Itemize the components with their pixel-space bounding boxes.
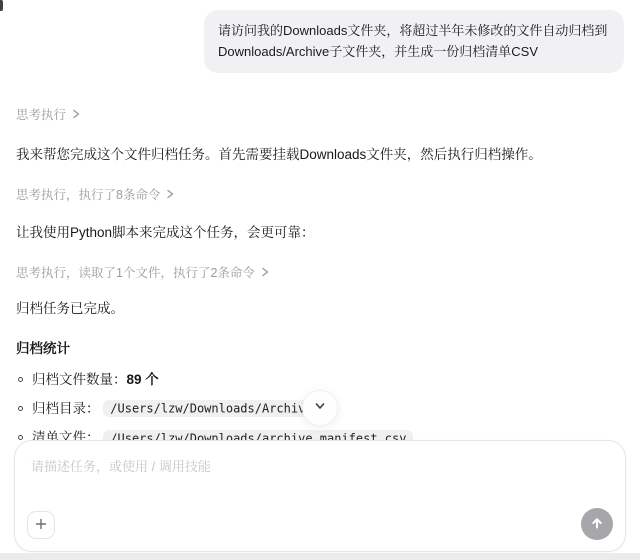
stat-value: 89 个 [127,372,159,387]
plus-icon [34,517,48,534]
think-exec-toggle-1[interactable]: 思考执行 [16,105,81,123]
chat-app-window: 请访问我的Downloads文件夹，将超过半年未修改的文件自动归档到Downlo… [0,0,640,560]
scroll-to-bottom-button[interactable] [302,390,338,426]
think-exec-label: 思考执行 [16,105,66,123]
assistant-paragraph: 我来帮您完成这个文件归档任务。首先需要挂载Downloads文件夹，然后执行归档… [16,145,624,165]
stats-heading: 归档统计 [16,337,624,357]
assistant-paragraph: 让我使用Python脚本来完成这个任务，会更可靠： [16,223,624,243]
chevron-right-icon [260,267,270,277]
user-message-row: 请访问我的Downloads文件夹，将超过半年未修改的文件自动归档到Downlo… [16,10,624,73]
add-attachment-button[interactable] [27,511,55,539]
user-message-bubble: 请访问我的Downloads文件夹，将超过半年未修改的文件自动归档到Downlo… [204,10,624,73]
composer-card [14,440,626,552]
stat-text: 归档目录： /Users/lzw/Downloads/Archive [32,399,320,419]
stat-text: 归档文件数量：89 个 [32,370,159,390]
think-exec-toggle-2[interactable]: 思考执行，执行了8条命令 [16,185,175,203]
window-bottom-edge [0,553,640,560]
chevron-down-icon [313,399,327,418]
bullet-marker-icon [18,406,23,411]
think-exec-label: 思考执行，读取了1个文件，执行了2条命令 [16,263,255,281]
task-input[interactable] [15,441,625,503]
path-code-chip: /Users/lzw/Downloads/Archive [103,400,319,417]
list-item: 归档文件数量：89 个 [16,370,624,390]
bullet-marker-icon [18,377,23,382]
think-exec-toggle-3[interactable]: 思考执行，读取了1个文件，执行了2条命令 [16,263,270,281]
chevron-right-icon [71,109,81,119]
arrow-up-icon [589,515,605,534]
send-button[interactable] [581,508,613,540]
bullet-marker-icon [18,435,23,440]
assistant-paragraph: 归档任务已完成。 [16,299,624,319]
chevron-right-icon [165,189,175,199]
think-exec-label: 思考执行，执行了8条命令 [16,185,160,203]
